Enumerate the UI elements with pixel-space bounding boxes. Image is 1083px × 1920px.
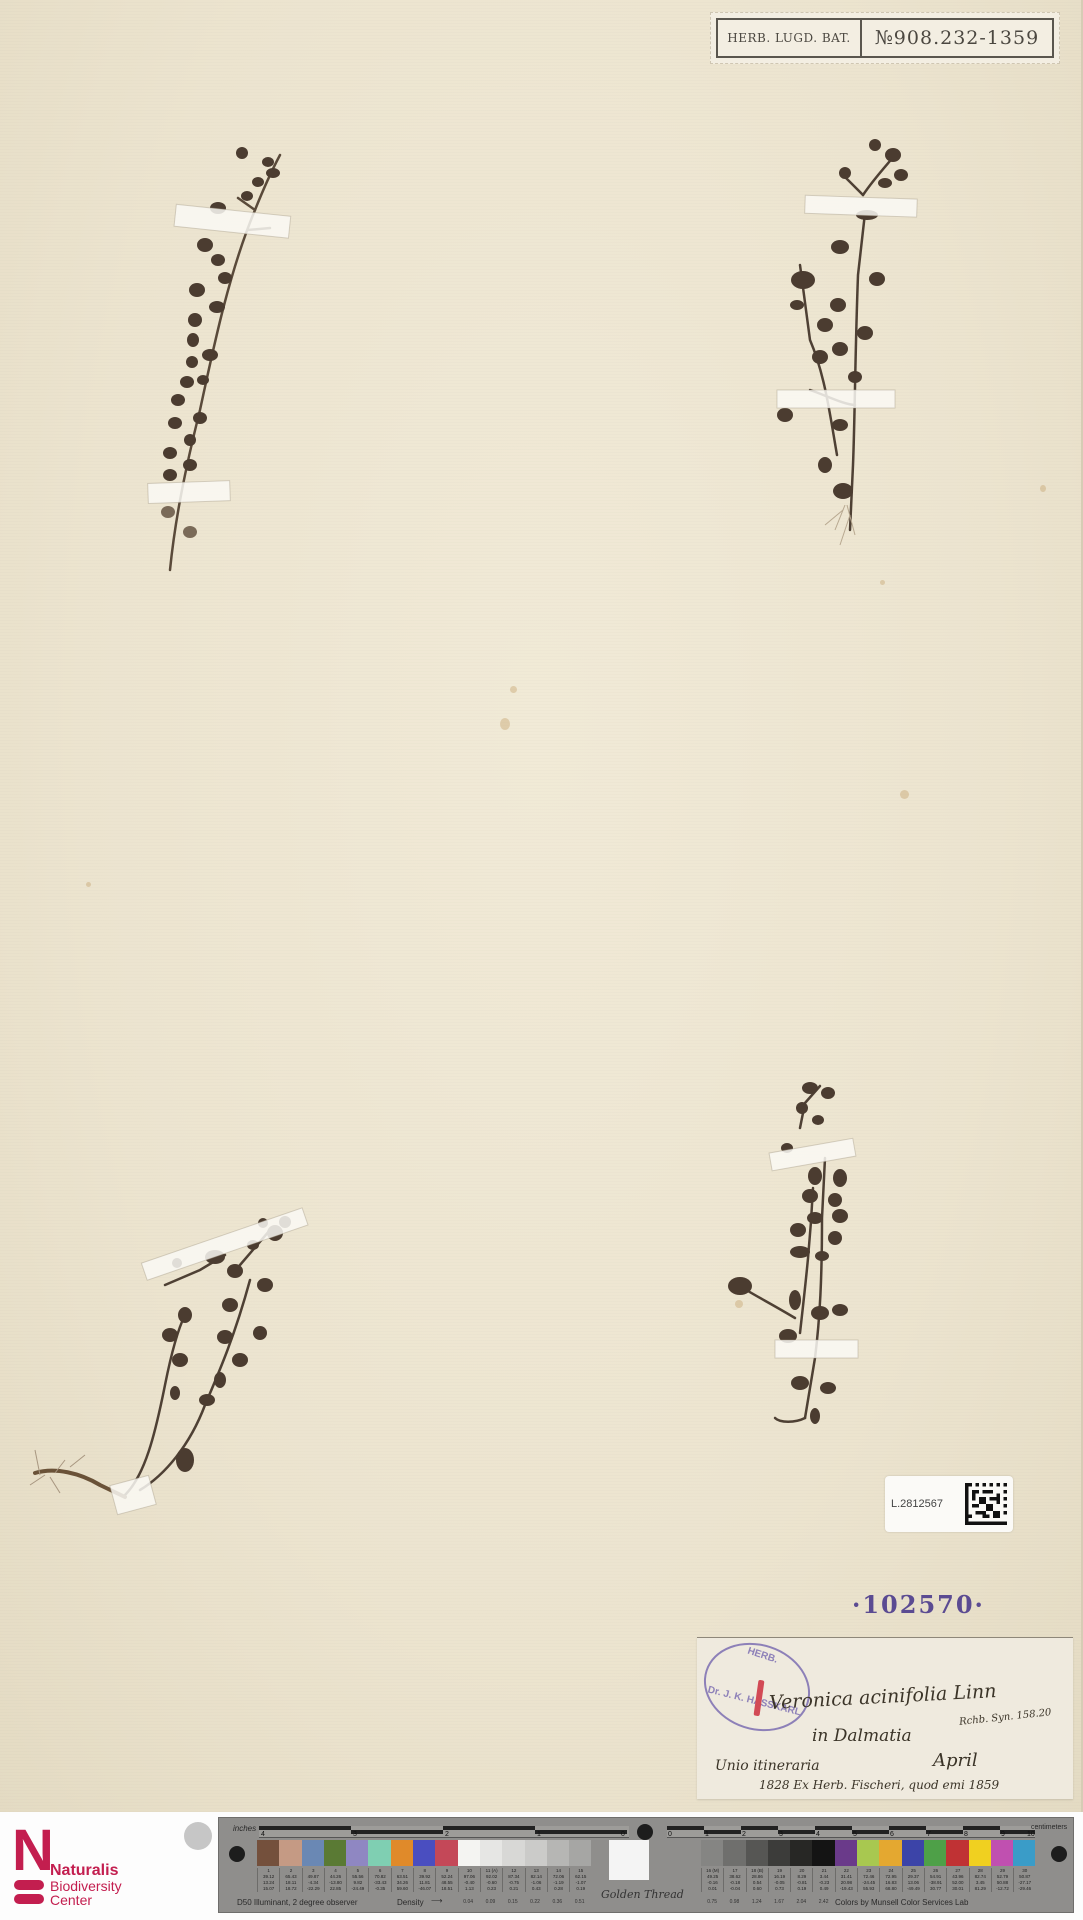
color-patch <box>924 1840 946 1866</box>
lab-value-cell: 1738.62-0.18-0.04 <box>723 1868 745 1892</box>
density-value: 2.04 <box>790 1899 812 1905</box>
color-patch <box>368 1840 390 1866</box>
density-value: 0.98 <box>723 1899 745 1905</box>
foxing-spot <box>880 580 885 585</box>
lab-value-cell: 1287.34-0.750.21 <box>502 1868 524 1892</box>
lab-value-cell: 2743.9652.0030.01 <box>946 1868 968 1892</box>
credit-text: Colors by Munsell Color Services Lab <box>835 1898 968 1907</box>
logo-bar <box>14 1880 44 1890</box>
color-patch <box>879 1840 901 1866</box>
datamatrix-barcode-icon <box>965 1483 1007 1525</box>
density-value: 0.22 <box>524 1899 546 1905</box>
herbarium-sheet: HERB. LUGD. BAT. №908.232-1359 <box>0 0 1083 1812</box>
lab-values-left: 139.1213.2415.07265.4318.1118.72349.87-4… <box>257 1868 591 1892</box>
color-patch <box>480 1840 502 1866</box>
lab-value-cell: 1097.06-0.401.13 <box>458 1868 480 1892</box>
color-patch <box>257 1840 279 1866</box>
density-value: 1.24 <box>746 1899 768 1905</box>
lab-values-right: 16 (M)49.25-0.160.011738.62-0.18-0.0418 … <box>701 1868 1035 1892</box>
sheet-number: №908.232-1359 <box>862 20 1052 56</box>
color-patch <box>569 1840 591 1866</box>
card-hole-right <box>1051 1846 1067 1862</box>
foxing-spot <box>900 790 909 799</box>
density-value: 0.36 <box>546 1899 568 1905</box>
inches-label: inches <box>233 1824 256 1833</box>
herbarium-number-label: HERB. LUGD. BAT. №908.232-1359 <box>710 12 1060 64</box>
lab-value-cell: 349.87-4.34-22.29 <box>302 1868 324 1892</box>
color-patch <box>812 1840 834 1866</box>
lab-value-cell: 213.44-0.230.49 <box>812 1868 834 1892</box>
color-patch <box>946 1840 968 1866</box>
color-patch <box>302 1840 324 1866</box>
color-patches-right <box>701 1840 1035 1866</box>
color-patch <box>458 1840 480 1866</box>
color-calibration-card: inches 4 3 2 1 0 0 1 2 3 4 5 6 7 8 9 <box>218 1817 1074 1913</box>
locality-text: in Dalmatia <box>812 1726 912 1746</box>
institution-text: HERB. LUGD. BAT. <box>718 20 862 56</box>
color-patch <box>701 1840 723 1866</box>
density-values-left: 0.040.090.150.220.360.51 <box>457 1899 591 1905</box>
lab-value-cell: 2231.4120.98-19.43 <box>835 1868 857 1892</box>
color-patch <box>857 1840 879 1866</box>
barcode-label: L.2812567 <box>885 1476 1013 1532</box>
color-patch <box>391 1840 413 1866</box>
lab-value-cell: 1382.14-1.060.43 <box>525 1868 547 1892</box>
density-value: 0.15 <box>502 1899 524 1905</box>
color-patch <box>346 1840 368 1866</box>
density-label: Density <box>397 1898 424 1907</box>
resolution-target <box>609 1840 649 1880</box>
density-value: 0.51 <box>568 1899 590 1905</box>
lab-value-cell: 952.2448.5518.51 <box>435 1868 457 1892</box>
logo-text-center: Center <box>50 1892 92 1908</box>
density-value: 1.67 <box>768 1899 790 1905</box>
logo-letter: N <box>12 1826 54 1876</box>
specimen-bottom-left <box>25 1205 310 1525</box>
specimen-top-right <box>755 135 925 555</box>
foxing-spot <box>510 686 517 693</box>
lab-value-cell: 839.9211.81-46.07 <box>413 1868 435 1892</box>
color-patch <box>525 1840 547 1866</box>
illuminant-text: D50 Illuminant, 2 degree observer <box>237 1898 358 1907</box>
lab-value-cell: 208.29-0.810.19 <box>790 1868 812 1892</box>
color-patch <box>991 1840 1013 1866</box>
centimeters-ruler: 0 1 2 3 4 5 6 7 8 9 10 <box>667 1826 1035 1838</box>
foxing-spot <box>500 718 510 730</box>
lab-value-cell: 3050.87-27.17-29.46 <box>1013 1868 1035 1892</box>
color-patch <box>324 1840 346 1866</box>
centimeters-label: centimeters <box>1031 1824 1067 1831</box>
lab-value-cell: 1472.06-1.190.28 <box>547 1868 569 1892</box>
reference-text: Rchb. Syn. 158.20 <box>959 1707 1052 1728</box>
lab-value-cell: 2529.3713.06-49.49 <box>902 1868 924 1892</box>
grey-reference-dot <box>184 1822 212 1850</box>
color-patch <box>547 1840 569 1866</box>
color-patch <box>1013 1840 1035 1866</box>
card-hole-left <box>229 1846 245 1862</box>
brand-text: Golden Thread <box>601 1888 684 1901</box>
density-value: 2.42 <box>812 1899 834 1905</box>
color-patch <box>790 1840 812 1866</box>
density-values-right: 0.750.981.241.672.042.42 <box>701 1899 835 1905</box>
lab-value-cell: 2882.743.4581.29 <box>969 1868 991 1892</box>
inches-ruler: 4 3 2 1 0 <box>259 1826 629 1838</box>
color-patch <box>413 1840 435 1866</box>
collection-text: Unio itineraria <box>715 1758 820 1774</box>
lab-value-cell: 670.82-33.43-0.35 <box>368 1868 390 1892</box>
lab-value-cell: 2472.9516.8368.80 <box>879 1868 901 1892</box>
color-patch <box>723 1840 745 1866</box>
lab-value-cell: 2952.7950.88-12.72 <box>991 1868 1013 1892</box>
density-value: 0.75 <box>701 1899 723 1905</box>
month-text: April <box>933 1750 978 1771</box>
color-patches-left <box>257 1840 591 1866</box>
determination-label: HERB. Dr. J. K. HASSKARL Veronica acinif… <box>697 1637 1073 1799</box>
lab-value-cell: 2654.91-38.9130.77 <box>924 1868 946 1892</box>
lab-value-cell: 1562.15-1.070.19 <box>569 1868 591 1892</box>
lab-value-cell: 139.1213.2415.07 <box>257 1868 279 1892</box>
color-patch <box>279 1840 301 1866</box>
lab-value-cell: 16 (M)49.25-0.160.01 <box>701 1868 723 1892</box>
footer-bar: N Naturalis Biodiversity Center inches 4… <box>0 1812 1083 1920</box>
naturalis-logo: N Naturalis Biodiversity Center <box>12 1826 142 1906</box>
specimen-top-left <box>130 140 310 580</box>
color-patch <box>746 1840 768 1866</box>
color-patch <box>435 1840 457 1866</box>
catalog-number: L.2812567 <box>891 1498 965 1510</box>
lab-value-cell: 11 (A)92.02-0.600.23 <box>480 1868 502 1892</box>
color-patch <box>969 1840 991 1866</box>
lab-value-cell: 265.4318.1118.72 <box>279 1868 301 1892</box>
specimen-bottom-right <box>710 1078 870 1433</box>
foxing-spot <box>1040 485 1046 492</box>
provenance-text: 1828 Ex Herb. Fischeri, quod emi 1859 <box>759 1778 999 1792</box>
logo-bar <box>14 1894 44 1904</box>
density-value: 0.04 <box>457 1899 479 1905</box>
lab-value-cell: 763.5134.2659.60 <box>391 1868 413 1892</box>
lab-value-cell: 2372.46-24.4555.93 <box>857 1868 879 1892</box>
lab-value-cell: 444.26-13.8022.85 <box>324 1868 346 1892</box>
foxing-spot <box>86 882 91 887</box>
accession-number: ·102570· <box>852 1590 985 1619</box>
color-patch <box>502 1840 524 1866</box>
lab-value-cell: 555.569.82-24.49 <box>346 1868 368 1892</box>
density-value: 0.09 <box>479 1899 501 1905</box>
color-patch <box>768 1840 790 1866</box>
lab-value-cell: 1916.19-0.050.73 <box>768 1868 790 1892</box>
card-hole-mid <box>637 1824 653 1840</box>
lab-value-cell: 18 (B)28.860.540.60 <box>746 1868 768 1892</box>
color-patch <box>902 1840 924 1866</box>
color-patch <box>835 1840 857 1866</box>
density-arrow-icon: ⟶ <box>431 1896 442 1905</box>
